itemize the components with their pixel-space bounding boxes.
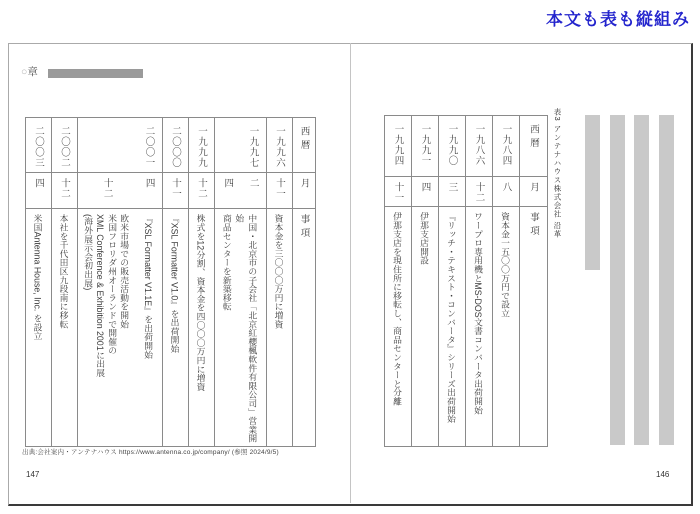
table-item-cell: 資本金一五〇〇万円で設立 [493,207,519,446]
event-item: 『XSL Formatter V1.0』を出荷開始 [163,214,188,446]
table-year-column: 一九九六十一資本金を三〇〇〇万円に増資 [267,118,293,446]
source-note: 出典:会社案内・アンテナハウス https://www.antenna.co.j… [22,447,279,456]
body-text-line [659,115,674,445]
year-label: 二〇〇二 [58,126,71,168]
header-year-cell: 西暦 [293,118,315,173]
table-month-cell: 十一 [163,173,188,209]
table-year-cell: 一九八四 [493,116,519,177]
chapter-title-redacted-bar [48,69,143,78]
table-year-cell: 一九九四 [385,116,411,177]
table-item-line: 欧米市場での販売活動を開始 [119,214,131,328]
month-label: 十二 [473,182,486,203]
event-item: 商品センターを新築移転 [215,214,241,446]
table-year-column: 一九九七二四中国・北京市の子会社「北京紅櫻楓軟件有限公司」営業開始商品センターを… [215,118,267,446]
table-month-cell: 三 [439,177,465,207]
year-label: 一九九〇 [446,124,459,166]
event-item: 本社を千代田区九段南に移転 [52,214,77,446]
table-year-column: 一九八四八資本金一五〇〇万円で設立 [493,116,520,446]
page-title: 本文も表も縦組み [546,5,690,30]
year-label: 一九九七 [247,126,260,168]
table-year-cell: 二〇〇二 [52,118,77,173]
year-label: 二〇〇一 [143,126,156,168]
table-year-cell: 一九九六 [267,118,292,173]
book-spread: 本文も表も縦組み ○章 西暦月事項一九九六十一資本金を三〇〇〇万円に増資一九九七… [0,0,700,514]
month-label: 八 [500,182,513,193]
table-month-cell: 十一 [385,177,411,207]
table-caption: 表3 アンテナハウス株式会社 沿革 [552,108,563,448]
event-item: 中国・北京市の子会社「北京紅櫻楓軟件有限公司」営業開始 [241,214,267,446]
month-label: 十二 [195,178,208,199]
year-label: 一九九九 [195,126,208,168]
table-year-column: 二〇〇三四米国Antenna House, Inc. を設立 [26,118,52,446]
table-item-cell: 伊那支店を現住所に移転し、商品センターと分離 [385,207,411,446]
table-year-cell: 一九九九 [189,118,214,173]
table-item-line: 米国Antenna House, Inc. を設立 [33,214,45,340]
table-item-cell: 『リッチ・テキスト・コンバータ』シリーズ出荷開始 [439,207,465,446]
table-year-column: 一九八六十二ワープロ専用機とMS-DOS文書コンバータ出荷開始 [466,116,493,446]
table-month-cell: 二四 [215,173,266,209]
year-label: 一九九四 [392,124,405,166]
table-item-cell: 『XSL Formatter V1.0』を出荷開始 [163,209,188,446]
table-item-line: ワープロ専用機とMS-DOS文書コンバータ出荷開始 [473,212,485,414]
header-month-label: 月 [298,178,311,189]
chapter-label: 章 [27,66,38,78]
center-fold-line [350,43,351,503]
month-label: 三 [446,182,459,193]
year-label: 二〇〇〇 [169,126,182,168]
table-item-cell: ワープロ専用機とMS-DOS文書コンバータ出荷開始 [466,207,492,446]
year-label: 一九八六 [473,124,486,166]
table-year-column: 二〇〇〇十一『XSL Formatter V1.0』を出荷開始 [163,118,189,446]
table-item-line: 『XSL Formatter V1.1E』を出荷開始 [143,214,155,359]
event-item: 伊那支店開設 [412,212,438,446]
table-year-column: 二〇〇一四十二『XSL Formatter V1.1E』を出荷開始欧米市場での販… [78,118,163,446]
year-label: 一九八四 [500,124,513,166]
table-year-cell: 二〇〇一 [78,118,162,173]
header-item-cell: 事項 [520,207,547,446]
event-item: 資本金を三〇〇〇万円に増資 [267,214,292,446]
header-month-cell: 月 [293,173,315,209]
event-item: 資本金一五〇〇万円で設立 [493,212,519,446]
month-label: 四 [221,178,234,189]
event-item: ワープロ専用機とMS-DOS文書コンバータ出荷開始 [466,212,492,446]
table-header-column: 西暦月事項 [293,118,315,446]
event-item: 欧米市場での販売活動を開始米国フロリダ州オーランドで開催のXML Confere… [78,214,136,446]
table-month-cell: 十二 [52,173,77,209]
table-item-line: 『XSL Formatter V1.0』を出荷開始 [170,214,182,353]
table-year-column: 一九九四十一伊那支店を現住所に移転し、商品センターと分離 [385,116,412,446]
table-item-line: 中国・北京市の子会社「北京紅櫻楓軟件有限公司」営業開始 [247,214,259,446]
event-item: 米国Antenna House, Inc. を設立 [26,214,51,446]
vertical-table: 西暦月事項一九九六十一資本金を三〇〇〇万円に増資一九九七二四中国・北京市の子会社… [25,117,316,447]
header-year-label: 西暦 [298,126,311,153]
table-month-cell: 十一 [267,173,292,209]
table-item-line: 『リッチ・テキスト・コンバータ』シリーズ出荷開始 [446,212,458,423]
table-year-column: 二〇〇二十二本社を千代田区九段南に移転 [52,118,78,446]
month-label: 二 [247,178,260,189]
year-label: 二〇〇三 [32,126,45,168]
table-item-line: 資本金を三〇〇〇万円に増資 [274,214,286,328]
month-label: 四 [143,178,156,189]
table-item-line: 株式を12分割、資本金を四〇〇〇万円に増資 [196,214,208,391]
year-label: 一九九六 [273,126,286,168]
month-label: 十一 [392,182,405,203]
table-year-cell: 一九九七 [215,118,266,173]
table-year-column: 一九九〇三『リッチ・テキスト・コンバータ』シリーズ出荷開始 [439,116,466,446]
event-item: 『リッチ・テキスト・コンバータ』シリーズ出荷開始 [439,212,465,446]
table-item-line: 本社を千代田区九段南に移転 [59,214,71,328]
table-month-cell: 四十二 [78,173,162,209]
table-year-cell: 一九九一 [412,116,438,177]
month-label: 十二 [58,178,71,199]
table-month-cell: 十二 [466,177,492,207]
header-item-label: 事項 [527,212,540,239]
month-label: 四 [419,182,432,193]
table-year-cell: 一九九〇 [439,116,465,177]
page-number-left: 147 [26,470,39,479]
table-year-column: 一九九九十二株式を12分割、資本金を四〇〇〇万円に増資 [189,118,215,446]
header-month-label: 月 [527,182,540,193]
table-item-cell: 中国・北京市の子会社「北京紅櫻楓軟件有限公司」営業開始商品センターを新築移転 [215,209,266,446]
vertical-table: 西暦月事項一九八四八資本金一五〇〇万円で設立一九八六十二ワープロ専用機とMS-D… [384,115,548,447]
body-text-line [585,115,600,270]
header-month-cell: 月 [520,177,547,207]
month-label: 十一 [169,178,182,199]
table-item-cell: 株式を12分割、資本金を四〇〇〇万円に増資 [189,209,214,446]
table-month-cell: 四 [26,173,51,209]
table-month-cell: 十二 [189,173,214,209]
table-year-cell: 二〇〇〇 [163,118,188,173]
table-item-line: 伊那支店を現住所に移転し、商品センターと分離 [392,212,404,406]
table-item-line: 資本金一五〇〇万円で設立 [500,212,512,318]
header-item-cell: 事項 [293,209,315,446]
table-item-cell: 伊那支店開設 [412,207,438,446]
body-text-line [610,115,625,445]
month-label: 十二 [101,178,114,199]
page-number-right: 146 [656,470,669,479]
event-item: 株式を12分割、資本金を四〇〇〇万円に増資 [189,214,214,446]
header-item-label: 事項 [298,214,311,241]
table-year-cell: 一九八六 [466,116,492,177]
table-month-cell: 八 [493,177,519,207]
year-label: 一九九一 [419,124,432,166]
body-text-line [634,115,649,445]
month-label: 四 [32,178,45,189]
table-year-column: 一九九一四伊那支店開設 [412,116,439,446]
table-year-cell: 二〇〇三 [26,118,51,173]
month-label: 十一 [273,178,286,199]
table-header-column: 西暦月事項 [520,116,547,446]
table-item-cell: 米国Antenna House, Inc. を設立 [26,209,51,446]
event-item: 伊那支店を現住所に移転し、商品センターと分離 [385,212,411,446]
event-item: 『XSL Formatter V1.1E』を出荷開始 [136,214,162,446]
table-month-cell: 四 [412,177,438,207]
table-item-line: 伊那支店開設 [419,212,431,265]
table-item-cell: 『XSL Formatter V1.1E』を出荷開始欧米市場での販売活動を開始米… [78,209,162,446]
header-year-cell: 西暦 [520,116,547,177]
header-year-label: 西暦 [527,124,540,151]
chapter-heading: ○章 [21,64,38,79]
table-item-line: 商品センターを新築移転 [222,214,234,311]
table-item-cell: 本社を千代田区九段南に移転 [52,209,77,446]
table-item-cell: 資本金を三〇〇〇万円に増資 [267,209,292,446]
